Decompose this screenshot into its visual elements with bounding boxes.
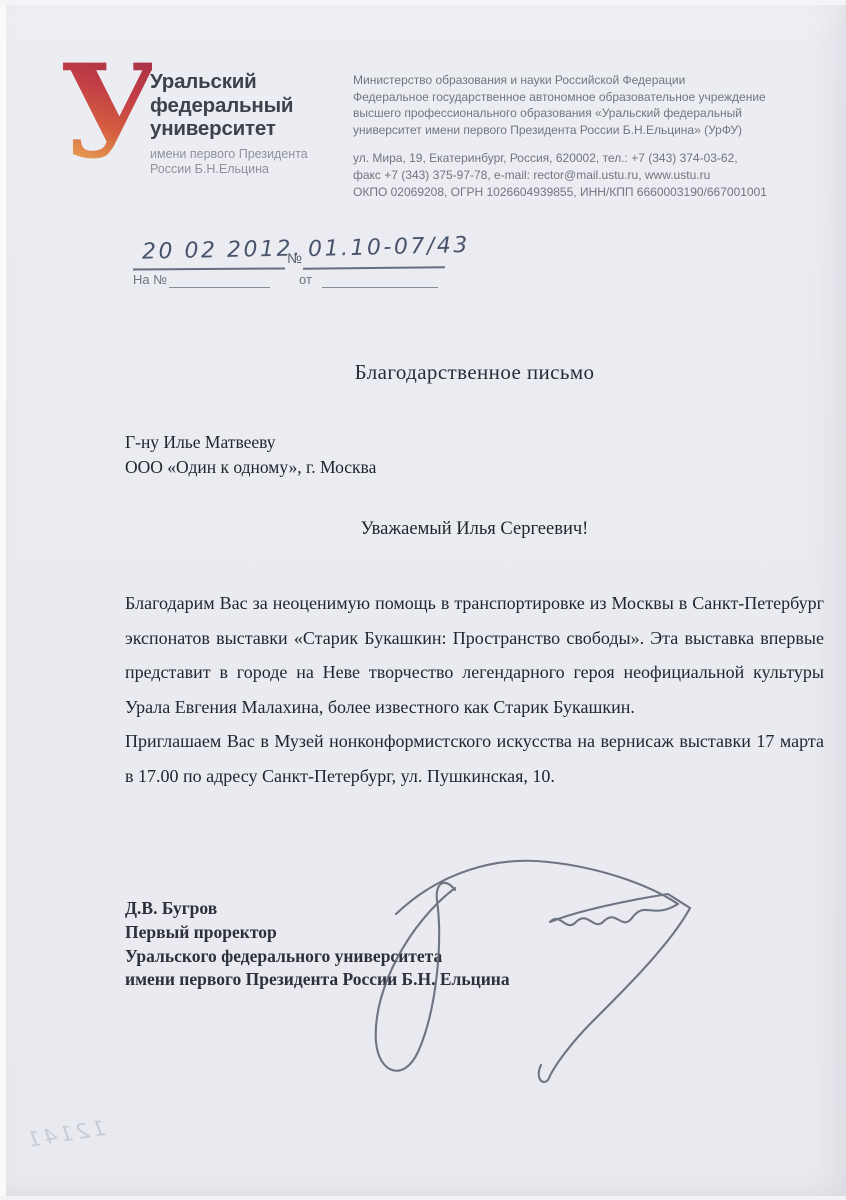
recipient-line: ООО «Один к одному», г. Москва bbox=[125, 455, 824, 480]
urfu-logo-icon: У bbox=[60, 54, 152, 177]
body-paragraph: Приглашаем Вас в Музей нонконформистског… bbox=[125, 724, 824, 793]
scan-edge-left bbox=[0, 0, 6, 1200]
logo-title-line: университет bbox=[150, 117, 380, 141]
salutation: Уважаемый Илья Сергеевич! bbox=[125, 519, 824, 540]
recipient-block: Г-ну Илье Матвееву ООО «Один к одному», … bbox=[125, 430, 824, 479]
scan-edge-top bbox=[0, 0, 846, 5]
logo-subtitle-line: России Б.Н.Ельцина bbox=[150, 162, 380, 177]
logo-subtitle: имени первого Президента России Б.Н.Ельц… bbox=[150, 147, 380, 177]
letter-body: Благодарим Вас за неоценимую помощь в тр… bbox=[125, 586, 824, 794]
university-logo-text: Уральский федеральный университет имени … bbox=[150, 70, 380, 177]
scanned-letter-page: У Уральский федеральный университет имен… bbox=[0, 0, 846, 1200]
logo-title: Уральский федеральный университет bbox=[150, 70, 380, 141]
body-paragraph: Благодарим Вас за неоценимую помощь в тр… bbox=[125, 586, 824, 724]
logo-subtitle-line: имени первого Президента bbox=[150, 147, 380, 162]
number-underline bbox=[303, 266, 445, 269]
contacts-block: ул. Мира, 19, Екатеринбург, Россия, 6200… bbox=[353, 150, 828, 200]
ot-blank-line bbox=[322, 287, 438, 288]
recipient-line: Г-ну Илье Матвееву bbox=[125, 430, 824, 455]
ministry-line: университет имени первого Президента Рос… bbox=[353, 122, 828, 139]
contact-line: факс +7 (343) 375-97-78, e-mail: rector@… bbox=[353, 167, 828, 184]
letter-title: Благодарственное письмо bbox=[125, 360, 824, 385]
contact-line: ОКПО 02069208, ОГРН 1026604939855, ИНН/К… bbox=[353, 184, 828, 201]
ministry-line: высшего профессионального образования «У… bbox=[353, 105, 828, 122]
logo-title-line: Уральский bbox=[150, 70, 380, 94]
na-no-label: На № bbox=[133, 272, 167, 287]
handwritten-signature bbox=[300, 850, 700, 1095]
handwritten-date: 20 02 2012. bbox=[142, 236, 303, 264]
logo-title-line: федеральный bbox=[150, 94, 380, 118]
ministry-line: Министерство образования и науки Российс… bbox=[353, 72, 828, 89]
ot-label: от bbox=[299, 272, 312, 287]
ministry-line: Федеральное государственное автономное о… bbox=[353, 89, 828, 106]
number-sign: № bbox=[287, 250, 302, 266]
scan-edge-bottom bbox=[0, 1196, 846, 1200]
date-underline bbox=[133, 267, 285, 270]
bleed-through-number: 12141 bbox=[25, 1116, 108, 1152]
contact-line: ул. Мира, 19, Екатеринбург, Россия, 6200… bbox=[353, 150, 828, 167]
handwritten-outgoing-number: 01.10-07/43 bbox=[308, 233, 470, 262]
na-no-blank-line bbox=[169, 287, 270, 288]
letterhead-right-block: Министерство образования и науки Российс… bbox=[353, 72, 828, 200]
ministry-block: Министерство образования и науки Российс… bbox=[353, 72, 828, 138]
